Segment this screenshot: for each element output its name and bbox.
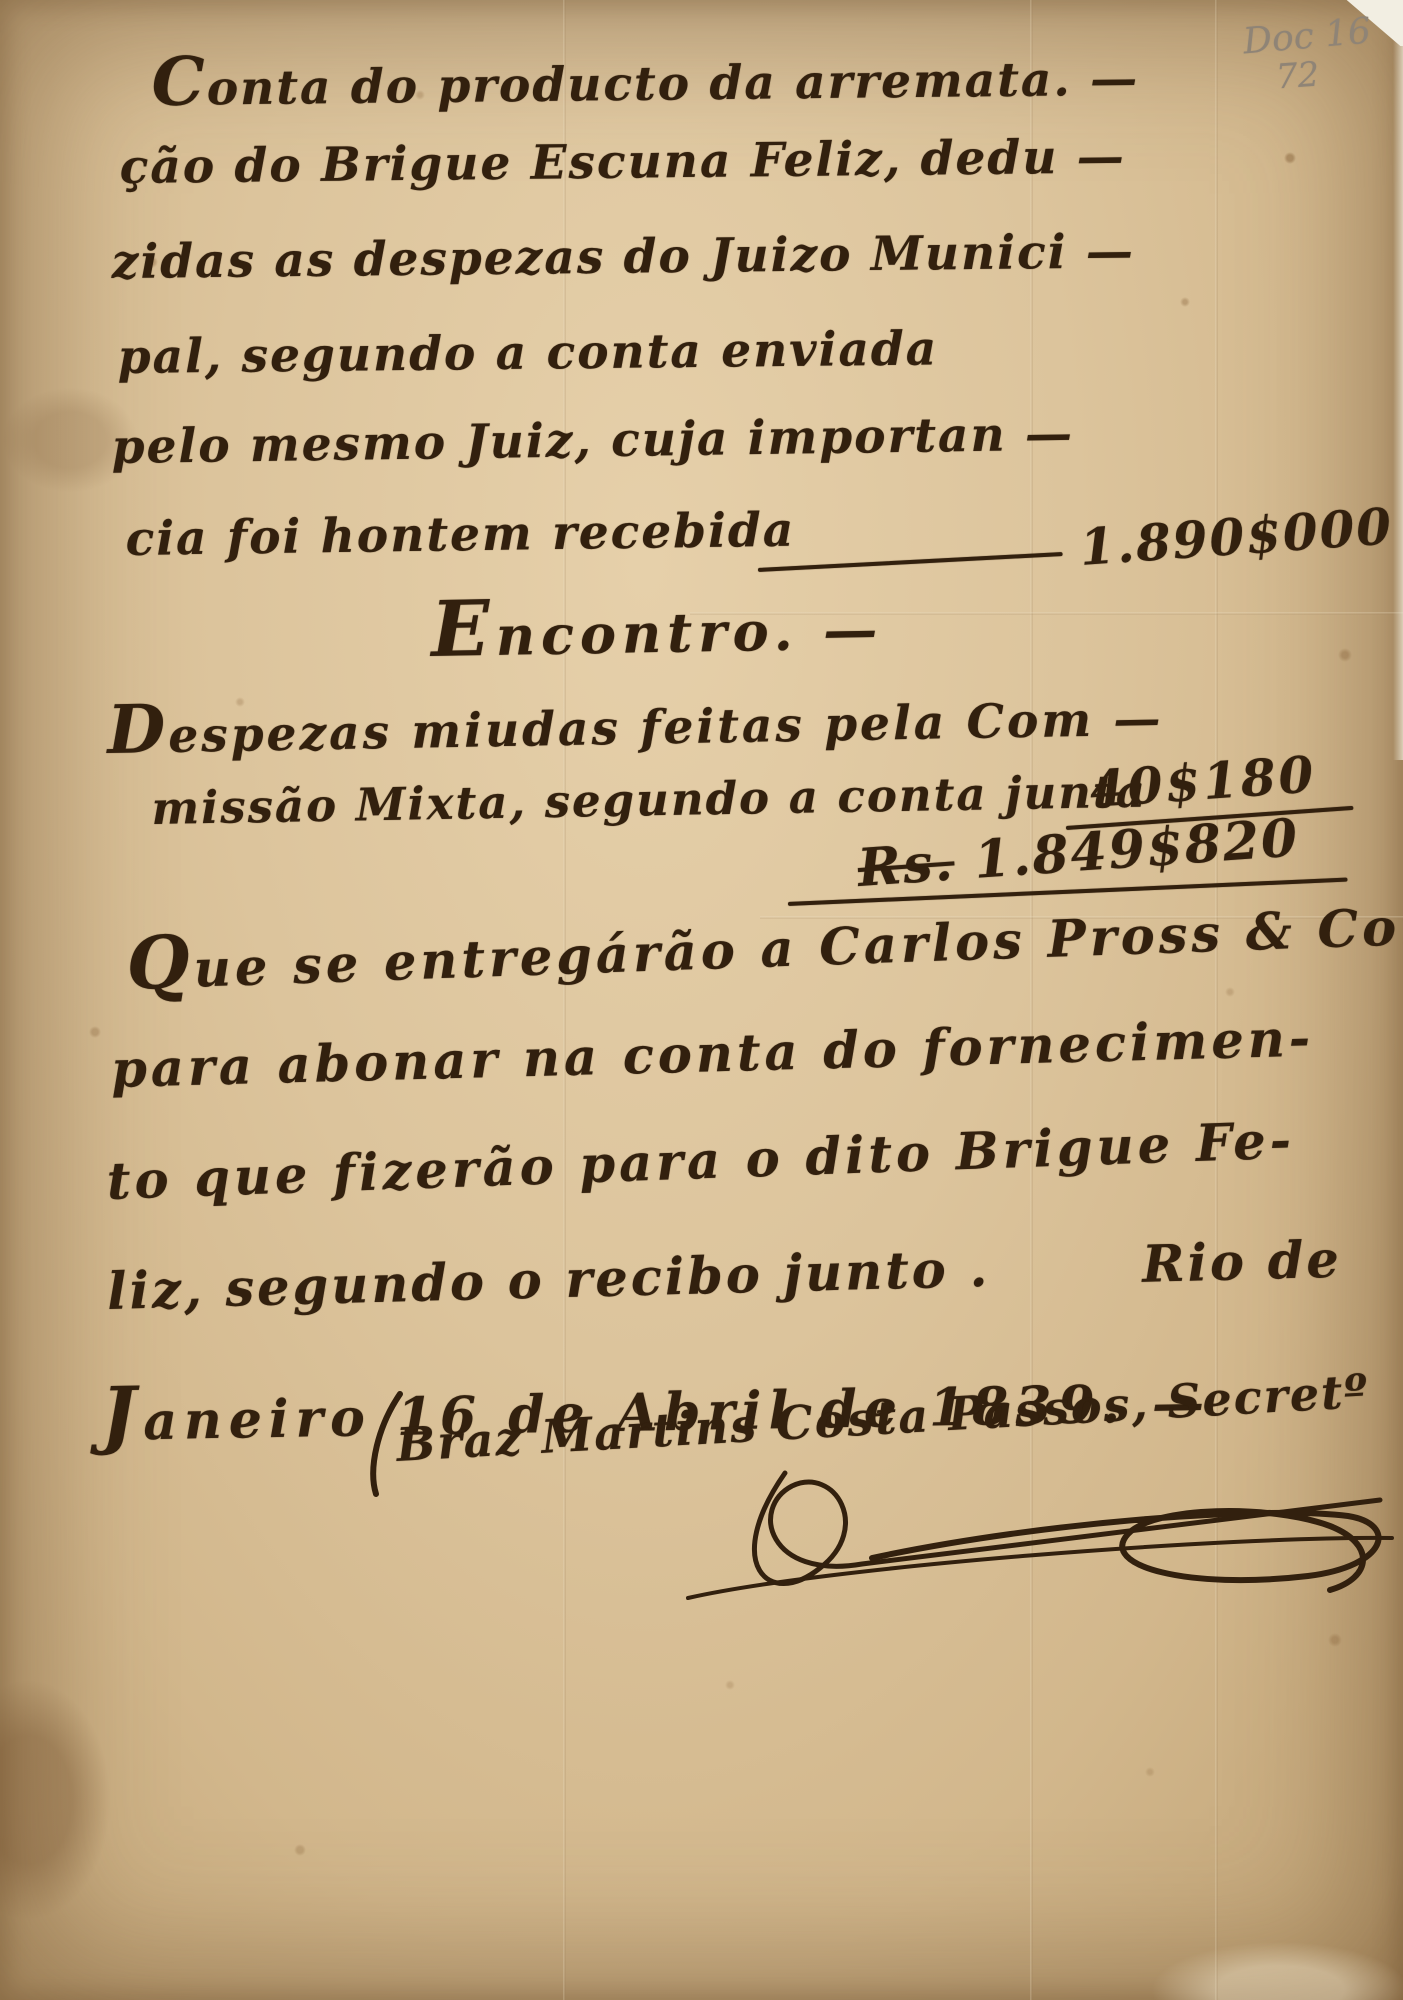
manuscript-line: Que se entregárão a Carlos Pross & Compª — [125, 873, 1403, 1007]
manuscript-page: Doc 16 72 Conta do producto da arremata.… — [0, 0, 1403, 2000]
amount-received: 1.890$000 — [1078, 496, 1395, 577]
paper-crease-vertical-3 — [1215, 0, 1218, 2000]
paper-crease-vertical-2 — [1030, 0, 1033, 2000]
heading-encontro: Encontro. — — [430, 577, 883, 675]
archival-note-page: 72 — [1275, 55, 1321, 98]
paper-crease-vertical-1 — [563, 0, 566, 2000]
manuscript-line: zidas as despezas do Juizo Munici — — [111, 224, 1135, 290]
manuscript-line: liz, segundo o recibo junto . Rio de — [106, 1230, 1342, 1322]
paper-edge-right — [1393, 0, 1403, 760]
manuscript-line: cia foi hontem recebida — [125, 503, 795, 567]
manuscript-line: pelo mesmo Juiz, cuja importan — — [111, 407, 1074, 475]
manuscript-line: Conta do producto da arremata. — — [151, 32, 1139, 121]
dash-rule — [758, 552, 1063, 572]
net-amount: 1.849$820 — [972, 807, 1301, 891]
manuscript-line: para abonar na conta do fornecimen- — [110, 1009, 1314, 1100]
signature-flourish — [630, 1448, 1403, 1633]
manuscript-line: to que fizerão para o dito Brigue Fe- — [106, 1111, 1296, 1212]
manuscript-line: pal, segundo a conta enviada — [117, 321, 938, 385]
currency-label: Rs. — [856, 831, 957, 899]
manuscript-line: Despezas miudas feitas pela Com — — [107, 672, 1164, 769]
manuscript-line: missão Mixta, segundo a conta junta — [151, 765, 1147, 835]
manuscript-line-text: liz, segundo o recibo junto . — [106, 1239, 991, 1322]
place-name: Rio de — [1141, 1230, 1342, 1295]
manuscript-line: ção do Brigue Escuna Feliz, dedu — — [119, 129, 1126, 195]
